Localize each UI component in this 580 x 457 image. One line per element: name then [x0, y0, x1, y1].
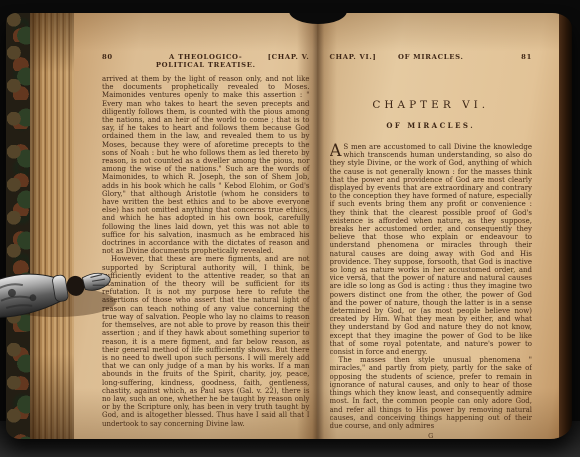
- paragraph-text: S men are accustomed to call Divine the …: [330, 143, 533, 356]
- left-page-number: 80: [102, 53, 154, 61]
- drop-cap: A: [330, 143, 344, 158]
- right-page-header: CHAP. VI.] OF MIRACLES. 81: [330, 53, 533, 61]
- running-title: A THEOLOGICO-POLITICAL TREATISE.: [154, 53, 258, 69]
- photo-background: 80 A THEOLOGICO-POLITICAL TREATISE. [CHA…: [0, 0, 580, 457]
- metal-clasp: [0, 236, 134, 342]
- right-cover-edge: [559, 13, 572, 439]
- right-page-number: 81: [480, 53, 532, 61]
- chapter-marker: [CHAP. V.: [258, 53, 310, 61]
- paragraph: AS men are accustomed to call Divine the…: [330, 143, 533, 356]
- chapter-subheading: OF MIRACLES.: [330, 121, 533, 130]
- right-page: CHAP. VI.] OF MIRACLES. 81 CHAPTER VI. O…: [317, 13, 560, 439]
- printer-signature-mark: G: [330, 432, 533, 439]
- paragraph: arrived at them by the light of reason o…: [102, 75, 310, 255]
- chapter-heading: CHAPTER VI.: [330, 99, 533, 111]
- left-page-header: 80 A THEOLOGICO-POLITICAL TREATISE. [CHA…: [102, 53, 310, 69]
- page-stack-fore-edge: [30, 13, 74, 439]
- left-cover-marbled-edge: [6, 13, 30, 439]
- left-page: 80 A THEOLOGICO-POLITICAL TREATISE. [CHA…: [74, 13, 317, 439]
- open-book: 80 A THEOLOGICO-POLITICAL TREATISE. [CHA…: [6, 13, 572, 439]
- right-page-body: AS men are accustomed to call Divine the…: [330, 143, 533, 439]
- running-title: OF MIRACLES.: [382, 53, 481, 61]
- chapter-marker: CHAP. VI.]: [330, 53, 382, 61]
- paragraph: The masses then style unusual phenomena …: [330, 356, 533, 430]
